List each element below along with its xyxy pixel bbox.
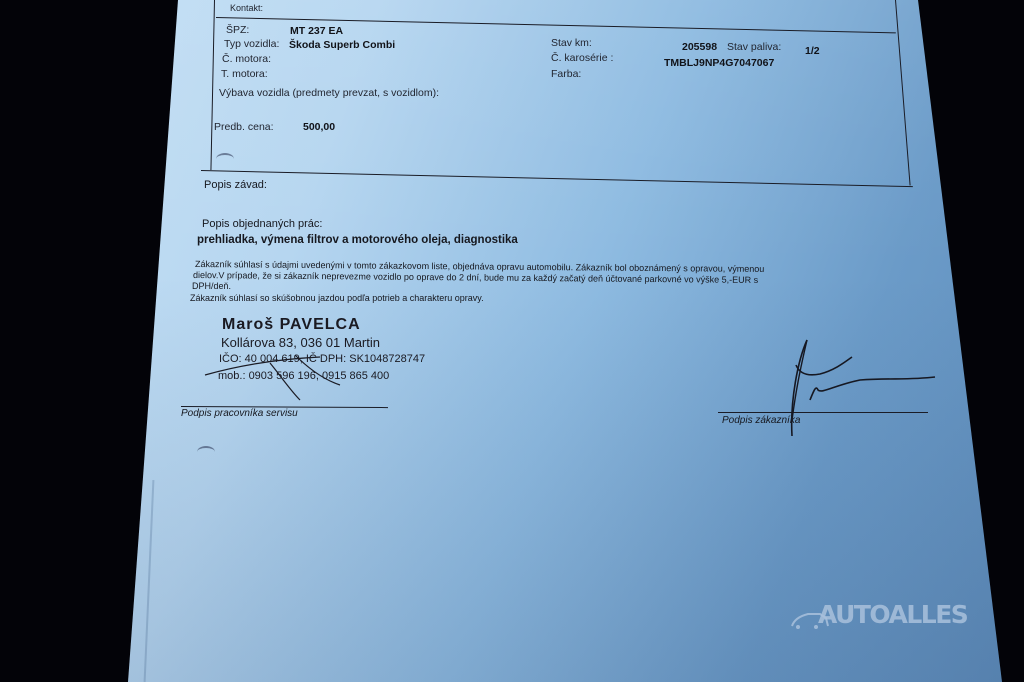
color-label: Farba: xyxy=(551,68,581,80)
defects-label: Popis závad: xyxy=(204,179,267,191)
vin-label: Č. karosérie : xyxy=(551,52,613,64)
vehicle-type-value: Škoda Superb Combi xyxy=(289,39,395,51)
mileage-label: Stav km: xyxy=(551,37,592,49)
stamp-name: Maroš PAVELCA xyxy=(222,316,361,334)
engine-type-label: T. motora: xyxy=(221,68,268,80)
fuel-label: Stav paliva: xyxy=(727,41,781,53)
works-label: Popis objednaných prác: xyxy=(202,218,322,230)
punch-hole-top xyxy=(216,153,234,165)
vin-value: TMBLJ9NP4G7047067 xyxy=(664,57,774,69)
spz-label: ŠPZ: xyxy=(226,24,249,36)
terms-line-3: DPH/deň. xyxy=(192,281,231,291)
spz-value: MT 237 EA xyxy=(290,25,343,37)
equipment-label: Výbava vozidla (predmety prevzat, s vozi… xyxy=(219,87,439,99)
contact-label: Kontakt: xyxy=(230,3,263,13)
fuel-value: 1/2 xyxy=(805,45,820,57)
works-value: prehliadka, výmena filtrov a motorového … xyxy=(197,234,518,246)
customer-signature-icon xyxy=(700,330,950,440)
terms-line-4: Zákazník súhlasí so skúšobnou jazdou pod… xyxy=(190,293,484,303)
service-signature-label: Podpis pracovníka servisu xyxy=(181,408,298,419)
punch-hole-bottom xyxy=(197,446,215,458)
mileage-value: 205598 xyxy=(682,41,717,53)
watermark-logo: AUTOALLES xyxy=(818,600,967,629)
engine-number-label: Č. motora: xyxy=(222,53,271,65)
vehicle-type-label: Typ vozidla: xyxy=(224,38,279,50)
price-value: 500,00 xyxy=(303,121,335,133)
stamp-scribble-icon xyxy=(200,345,420,415)
price-label: Predb. cena: xyxy=(214,121,274,133)
